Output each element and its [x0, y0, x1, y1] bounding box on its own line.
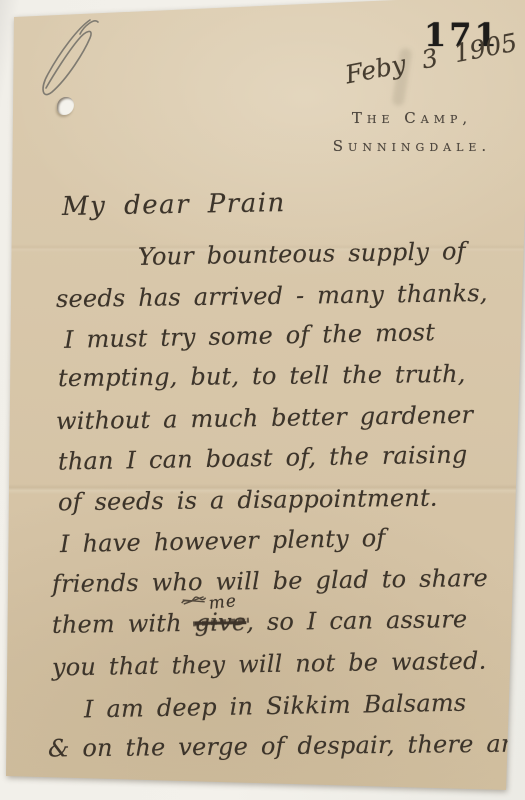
body-line: of seeds is a disappointment.	[58, 484, 438, 517]
body-line: tempting, but, to tell the truth,	[58, 360, 466, 392]
body-line: I have however plenty of	[60, 524, 386, 558]
correction-before: them with	[52, 609, 182, 639]
letterhead-line1: The Camp,	[322, 104, 502, 132]
letter-paper: 171 Feby 3 1905 The Camp, Sunningdale. M…	[0, 0, 525, 800]
salutation: My dear Prain	[62, 188, 286, 222]
paper-shadow-wrapper: 171 Feby 3 1905 The Camp, Sunningdale. M…	[0, 0, 525, 800]
body-line: seeds has arrived - many thanks,	[56, 279, 488, 313]
struck-word-wrap: give me	[194, 608, 246, 637]
scribbled-out-word-icon	[180, 595, 206, 607]
inserted-word: me	[207, 591, 237, 614]
scanned-letter-page: 171 Feby 3 1905 The Camp, Sunningdale. M…	[0, 0, 525, 800]
body-line: I am deep in Sikkim Balsams	[84, 689, 467, 724]
body-line: Your bounteous supply of	[138, 237, 466, 271]
body-line: & on the verge of despair, there are	[48, 729, 525, 762]
pencil-scribble-icon	[20, 8, 120, 108]
body-line: than I can boast of, the raising	[58, 440, 468, 475]
letterhead-line2: Sunningdale.	[322, 132, 502, 160]
letterhead: The Camp, Sunningdale.	[322, 104, 502, 160]
body-line: friends who will be glad to share	[52, 564, 488, 598]
body-line: you that they will not be wasted.	[52, 647, 487, 682]
body-line: I must try some of the most	[64, 318, 436, 354]
correction-after: , so I can assure	[246, 605, 467, 636]
body-line-with-correction: them with give me , so I can assure	[52, 605, 468, 639]
body-line: without a much better gardener	[56, 401, 474, 436]
paper-hole	[57, 97, 74, 115]
